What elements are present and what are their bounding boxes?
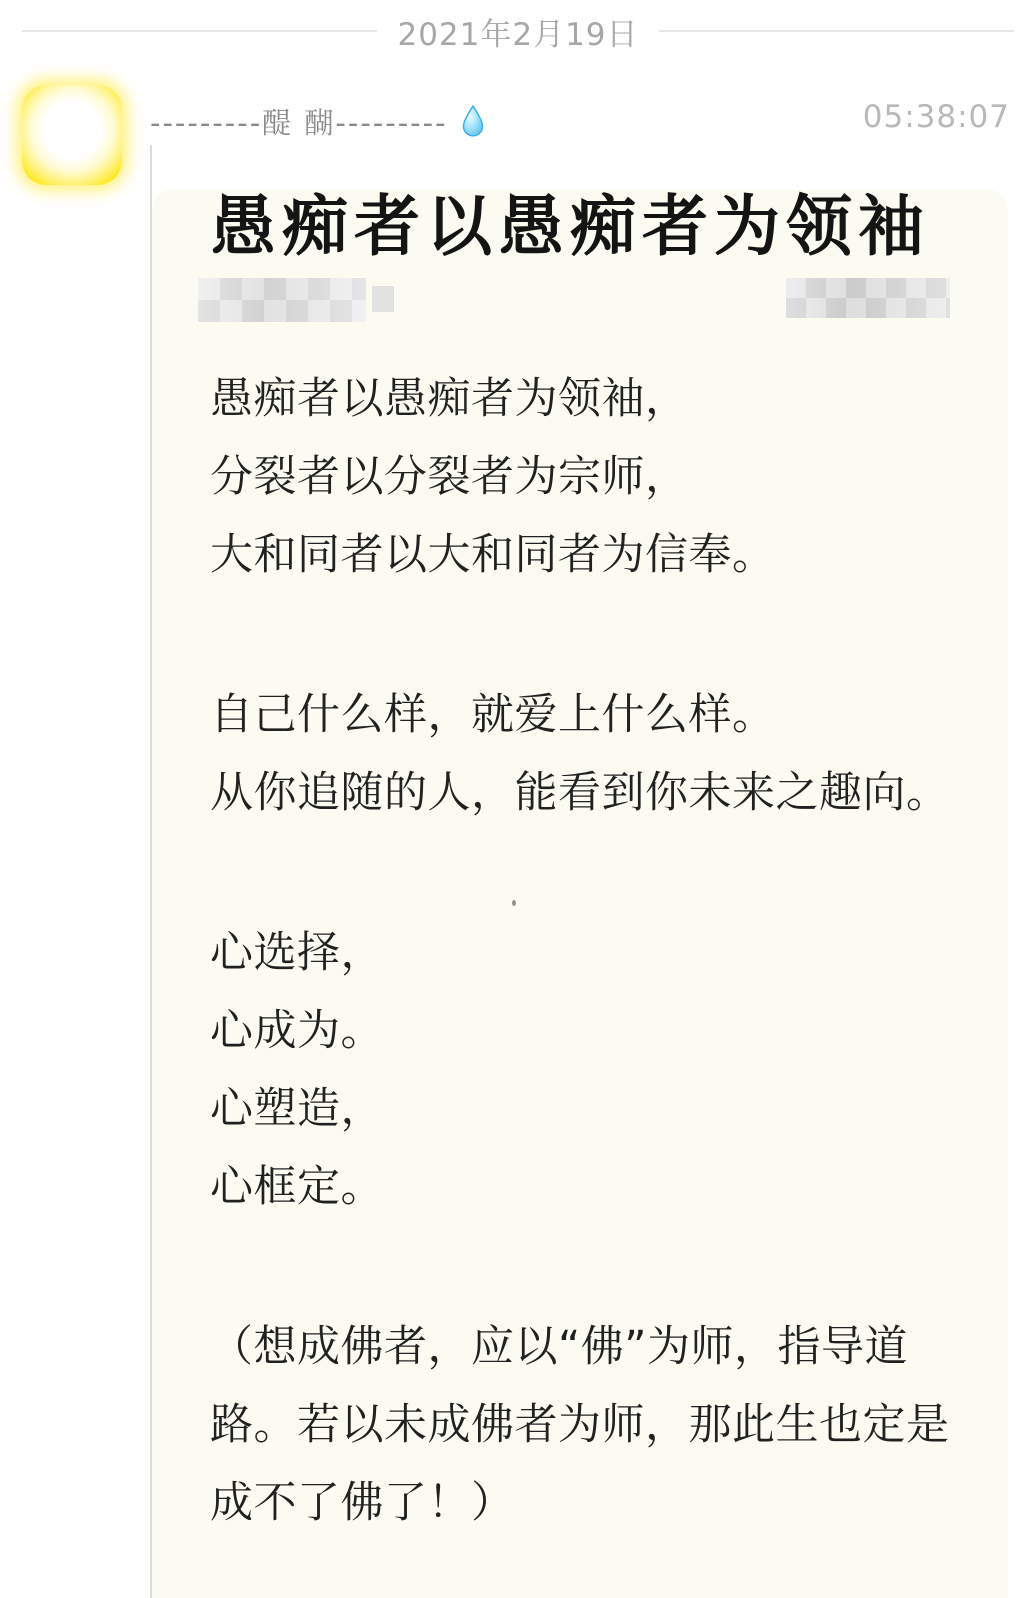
paragraph: 愚痴者以愚痴者为领袖， 分裂者以分裂者为宗师， 大和同者以大和同者为信奉。 <box>210 360 968 594</box>
article-body: 愚痴者以愚痴者为领袖， 分裂者以分裂者为宗师， 大和同者以大和同者为信奉。 自己… <box>210 360 968 1542</box>
author-redaction-mosaic-tail <box>372 286 394 312</box>
body-line: 心框定。 <box>210 1148 968 1226</box>
article-card[interactable]: 愚痴者以愚痴者为领袖 愚痴者以愚痴者为领袖， 分裂者以分裂者为宗师， 大和同者以… <box>152 190 1008 1598</box>
body-line: 心成为。 <box>210 992 968 1070</box>
water-drop-icon <box>460 105 486 139</box>
dust-speck <box>512 900 516 906</box>
source-redaction-mosaic <box>786 278 950 318</box>
mosaic-texture <box>198 278 366 322</box>
body-line: 自己什么样，就爱上什么样。 <box>210 676 968 754</box>
body-line: 心选择， <box>210 914 968 992</box>
body-line: 从你追随的人，能看到你未来之趣向。 <box>210 754 968 832</box>
body-line: 成不了佛了！） <box>210 1464 968 1542</box>
body-line: 路。若以未成佛者为师，那此生也定是 <box>210 1386 968 1464</box>
body-line: 愚痴者以愚痴者为领袖， <box>210 360 968 438</box>
paragraph: 心选择， 心成为。 心塑造， 心框定。 <box>210 914 968 1226</box>
author-redaction-mosaic <box>198 278 366 322</box>
timestamp: 05:38:07 <box>863 99 1010 135</box>
body-line: 大和同者以大和同者为信奉。 <box>210 516 968 594</box>
paragraph: （想成佛者，应以“佛”为师，指导道 路。若以未成佛者为师，那此生也定是 成不了佛… <box>210 1308 968 1542</box>
date-text: 2021年2月19日 <box>397 9 638 54</box>
body-line: （想成佛者，应以“佛”为师，指导道 <box>210 1308 968 1386</box>
sender-name: ---------醍 醐--------- <box>150 101 448 142</box>
body-line: 分裂者以分裂者为宗师， <box>210 438 968 516</box>
avatar[interactable] <box>22 85 122 185</box>
body-line: 心塑造， <box>210 1070 968 1148</box>
divider-rule-right <box>659 30 1014 32</box>
chat-screen: 2021年2月19日 ---------醍 醐--------- 05:38:0… <box>0 0 1022 1598</box>
divider-rule-left <box>22 30 377 32</box>
article-title: 愚痴者以愚痴者为领袖 <box>210 192 930 262</box>
sender-line: ---------醍 醐--------- <box>150 101 486 142</box>
date-divider: 2021年2月19日 <box>22 12 1014 50</box>
mosaic-texture <box>786 278 950 318</box>
paragraph: 自己什么样，就爱上什么样。 从你追随的人，能看到你未来之趣向。 <box>210 676 968 832</box>
